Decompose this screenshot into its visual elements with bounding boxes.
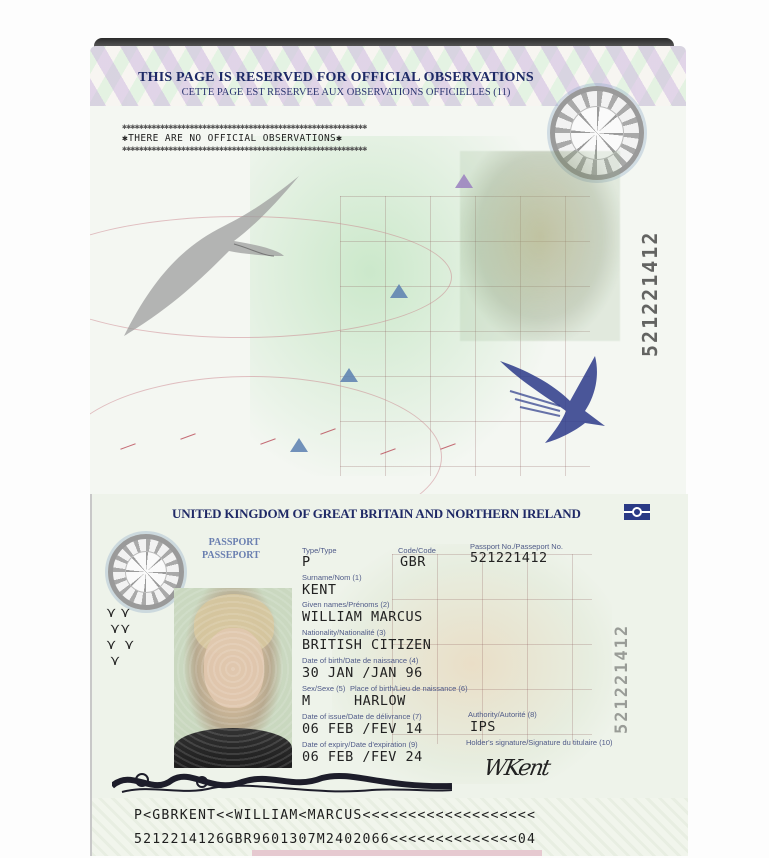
surname-label: Surname/Nom (1) [302, 573, 362, 582]
signature-label: Holder's signature/Signature du titulair… [466, 738, 613, 747]
holder-photo [174, 588, 292, 768]
star-border-bottom: ✱✱✱✱✱✱✱✱✱✱✱✱✱✱✱✱✱✱✱✱✱✱✱✱✱✱✱✱✱✱✱✱✱✱✱✱✱✱✱✱… [122, 144, 444, 153]
chip-symbol-icon [624, 504, 650, 520]
next-page-edge [252, 850, 542, 856]
given-names-value: WILLIAM MARCUS [302, 609, 423, 625]
triangle-marker [455, 174, 473, 188]
nationality-label: Nationality/Nationalité (3) [302, 628, 386, 637]
date-of-issue-label: Date of issue/Date de délivrance (7) [302, 712, 422, 721]
nationality-value: BRITISH CITIZEN [302, 637, 431, 653]
given-names-label: Given names/Prénoms (2) [302, 600, 390, 609]
mrz-line-2: 5212214126GBR9601307M2402066<<<<<<<<<<<<… [134, 832, 536, 847]
mrz-line-1: P<GBRKENT<<WILLIAM<MARCUS<<<<<<<<<<<<<<<… [134, 808, 536, 823]
triangle-marker [290, 438, 308, 452]
observations-subtitle: CETTE PAGE EST RESERVEE AUX OBSERVATIONS… [146, 87, 546, 98]
dob-label: Date of birth/Date de naissance (4) [302, 656, 418, 665]
document-label-en: PASSPORT [202, 536, 260, 549]
perforated-passport-number: 521221412 [612, 554, 632, 804]
document-label-fr: PASSEPORT [202, 549, 260, 562]
issuing-country: UNITED KINGDOM OF GREAT BRITAIN AND NORT… [172, 506, 581, 522]
observations-note: ✱THERE ARE NO OFFICIAL OBSERVATIONS✱ [122, 133, 342, 144]
star-border-top: ✱✱✱✱✱✱✱✱✱✱✱✱✱✱✱✱✱✱✱✱✱✱✱✱✱✱✱✱✱✱✱✱✱✱✱✱✱✱✱✱… [122, 122, 444, 131]
triangle-marker [340, 368, 358, 382]
seabird-icon [114, 156, 304, 346]
dob-value: 30 JAN /JAN 96 [302, 665, 423, 681]
machine-readable-zone: P<GBRKENT<<WILLIAM<MARCUS<<<<<<<<<<<<<<<… [92, 798, 688, 856]
passport-booklet: THIS PAGE IS RESERVED FOR OFFICIAL OBSER… [90, 38, 696, 856]
passport-no-value: 521221412 [470, 550, 548, 566]
surname-value: KENT [302, 582, 337, 598]
date-of-issue-value: 06 FEB /FEV 14 [302, 721, 423, 737]
sex-label: Sex/Sexe (5) [302, 684, 345, 693]
document-label: PASSPORT PASSEPORT [202, 536, 260, 562]
compass-rose-icon [108, 534, 184, 610]
authority-value: IPS [470, 719, 496, 735]
sex-value: M [302, 693, 311, 709]
date-of-expiry-value: 06 FEB /FEV 24 [302, 749, 423, 765]
birds-flock-icon: ⋎ ⋎ ⋎⋎⋎ ⋎ ⋎ [106, 604, 134, 668]
authority-label: Authority/Autorité (8) [468, 710, 537, 719]
data-page: UNITED KINGDOM OF GREAT BRITAIN AND NORT… [90, 494, 688, 856]
swallow-icon [500, 351, 610, 446]
code-value: GBR [400, 554, 426, 570]
ghost-image-photo [460, 151, 620, 341]
holder-signature: WKent [482, 756, 551, 781]
observations-page: THIS PAGE IS RESERVED FOR OFFICIAL OBSER… [90, 46, 686, 496]
wave-ornament [112, 766, 452, 798]
perforated-passport-number: 521221412 [638, 164, 658, 424]
type-value: P [302, 554, 311, 570]
observations-title: THIS PAGE IS RESERVED FOR OFFICIAL OBSER… [136, 70, 536, 86]
triangle-marker [390, 284, 408, 298]
place-of-birth-value: HARLOW [354, 693, 406, 709]
place-of-birth-label: Place of birth/Lieu de naissance (6) [350, 684, 468, 693]
date-of-expiry-label: Date of expiry/Date d'expiration (9) [302, 740, 418, 749]
